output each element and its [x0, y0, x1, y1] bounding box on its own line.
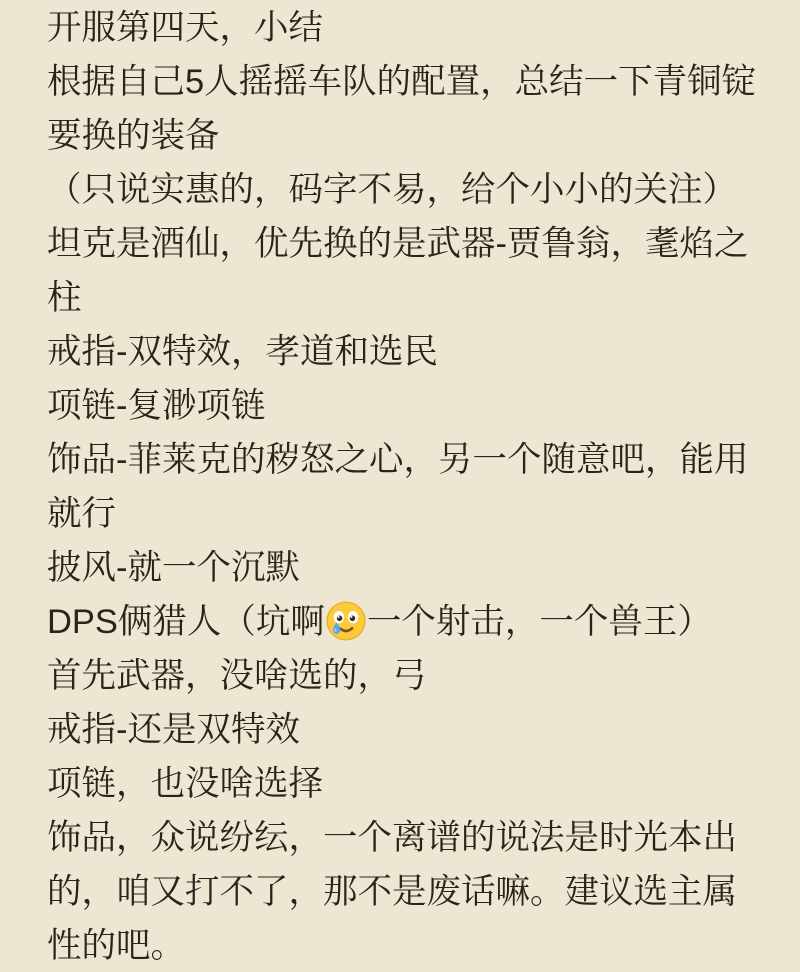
post-paragraph: 饰品，众说纷纭，一个离谱的说法是时光本出的，咱又打不了，那不是废话嘛。建议选主属…	[47, 811, 767, 972]
post-paragraph: 戒指-还是双特效	[47, 703, 767, 757]
post-paragraph: DPS俩猎人（坑啊 一个射击，一个兽王）	[47, 595, 767, 649]
post-paragraph: 项链，也没啥选择	[47, 757, 767, 811]
post-paragraph: 开服第四天，小结	[47, 1, 767, 55]
post-paragraph: 根据自己5人摇摇车队的配置，总结一下青铜锭要换的装备	[47, 55, 767, 163]
post-paragraph: 饰品-菲莱克的秽怒之心，另一个随意吧，能用就行	[47, 433, 767, 541]
post-paragraph: 坦克是酒仙，优先换的是武器-贾鲁翁，耄焰之柱	[47, 217, 767, 325]
post-paragraph: 项链-复渺项链	[47, 379, 767, 433]
smiling-face-with-tear-emoji	[326, 601, 366, 641]
post-paragraph: （只说实惠的，码字不易，给个小小的关注）	[47, 163, 767, 217]
post-paragraph: 披风-就一个沉默	[47, 541, 767, 595]
post-body: 开服第四天，小结 根据自己5人摇摇车队的配置，总结一下青铜锭要换的装备 （只说实…	[0, 0, 800, 972]
paragraph-text: DPS俩猎人（坑啊	[47, 603, 325, 641]
paragraph-text: 一个射击，一个兽王）	[367, 603, 712, 641]
post-paragraph: 首先武器，没啥选的，弓	[47, 649, 767, 703]
post-paragraph: 戒指-双特效，孝道和选民	[47, 325, 767, 379]
